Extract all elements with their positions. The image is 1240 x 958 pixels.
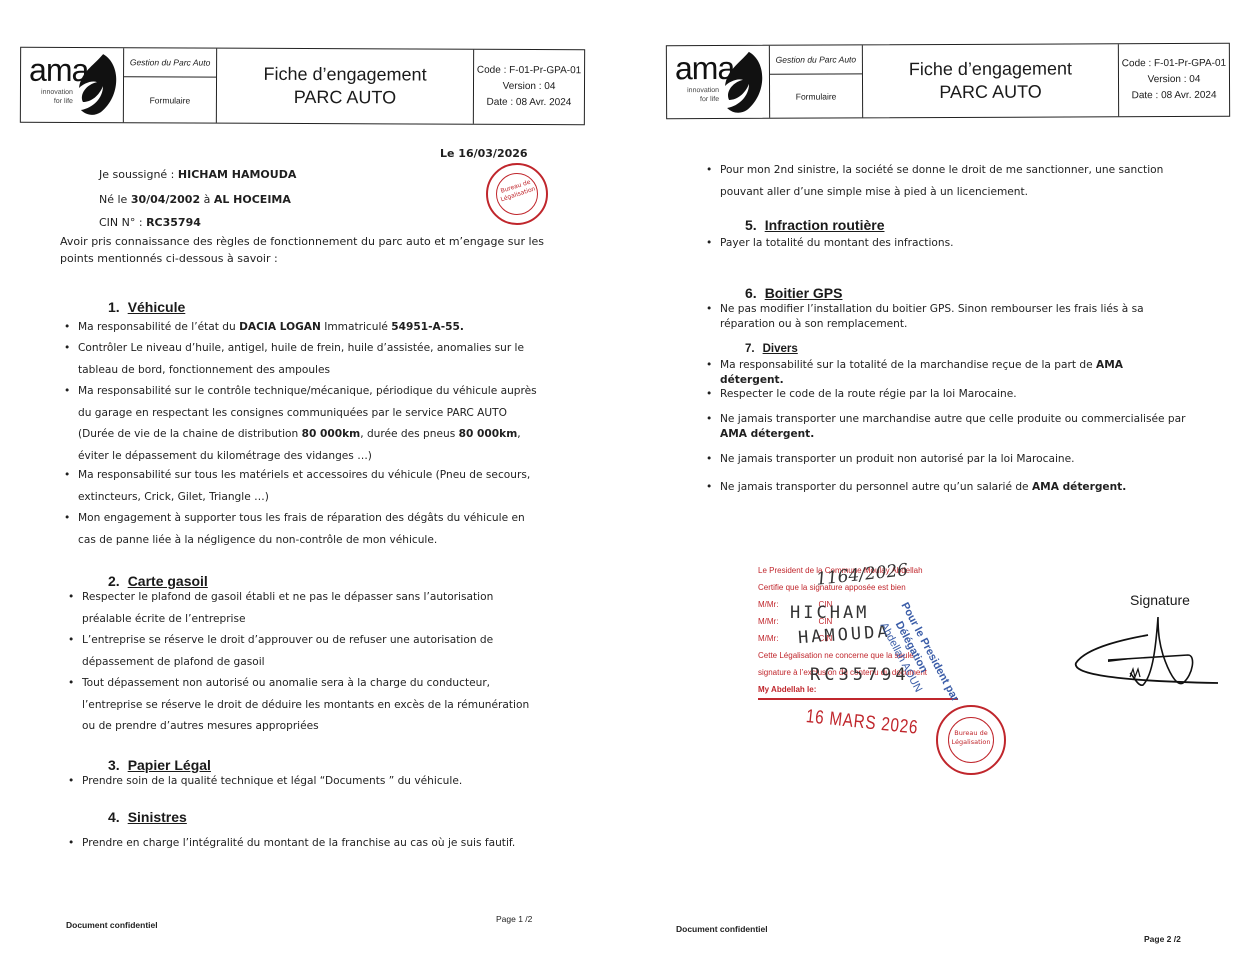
- list-item: •Respecter le plafond de gasoil établi e…: [82, 587, 544, 630]
- list-item: •Ne pas modifier l’installation du boiti…: [720, 302, 1190, 332]
- continued-item: •Pour mon 2nd sinistre, la société se do…: [720, 160, 1190, 203]
- list-item: •Ma responsabilité de l’état du DACIA LO…: [78, 317, 544, 339]
- logo: ama innovation for life: [21, 48, 124, 122]
- logo-tagline: innovation for life: [675, 86, 719, 104]
- section-heading: 4.Sinistres: [108, 809, 187, 825]
- list-item: •L’entreprise se réserve le droit d’appr…: [82, 630, 544, 673]
- list-item: •Ne jamais transporter un produit non au…: [720, 452, 1190, 467]
- document-code: Code : F-01-Pr-GPA-01: [1122, 56, 1226, 72]
- intro-paragraph: Avoir pris connaissance des règles de fo…: [60, 233, 548, 267]
- list-item: •Prendre en charge l’intégralité du mont…: [82, 833, 544, 855]
- list-item: •Prendre soin de la qualité technique et…: [82, 771, 544, 793]
- document-header: ama innovation for life Gestion du Parc …: [20, 47, 585, 125]
- list-item: •Ma responsabilité sur tous les matériel…: [78, 465, 544, 508]
- document-version: Version : 04: [503, 79, 556, 95]
- page-1: ama innovation for life Gestion du Parc …: [0, 0, 620, 958]
- form-type-label: Formulaire: [124, 77, 216, 122]
- list-item: •Mon engagement à supporter tous les fra…: [78, 508, 544, 551]
- section-heading: 7.Divers: [745, 343, 798, 355]
- cin-info: CIN N° : RC35794: [99, 212, 201, 233]
- signature-scribble: [1068, 615, 1228, 695]
- page-number: Page 1 /2: [496, 914, 532, 924]
- legalization-stamp: Bureau de Légalisation: [486, 163, 548, 225]
- handwritten-first-name: HICHAM: [790, 603, 869, 623]
- footer-confidential: Document confidentiel: [66, 920, 158, 930]
- section-heading: 5.Infraction routière: [745, 217, 884, 233]
- document-version: Version : 04: [1148, 72, 1201, 88]
- page-number: Page 2 /2: [1144, 934, 1181, 944]
- document-code-block: Code : F-01-Pr-GPA-01 Version : 04 Date …: [1119, 44, 1229, 116]
- list-item: •Ne jamais transporter une marchandise a…: [720, 412, 1190, 442]
- employee-name: HICHAM HAMOUDA: [178, 168, 296, 181]
- legalization-round-stamp: Bureau de Légalisation: [936, 705, 1006, 775]
- footer-confidential: Document confidentiel: [676, 924, 768, 934]
- list-item: •Ma responsabilité sur la totalité de la…: [720, 358, 1190, 388]
- leaf-icon: [719, 50, 767, 116]
- document-code-block: Code : F-01-Pr-GPA-01 Version : 04 Date …: [474, 50, 584, 124]
- list-item: •Respecter le code de la route régie par…: [720, 387, 1190, 402]
- signing-date: Le 16/03/2026: [440, 143, 528, 164]
- leaf-icon: [73, 52, 121, 118]
- list-item: •Contrôler Le niveau d’huile, antigel, h…: [78, 338, 544, 381]
- form-type-label: Formulaire: [770, 74, 862, 117]
- department-label: Gestion du Parc Auto: [124, 48, 216, 77]
- department-label: Gestion du Parc Auto: [770, 45, 862, 74]
- logo-tagline: innovation for life: [29, 88, 73, 106]
- document-title: Fiche d’engagement PARC AUTO: [217, 49, 474, 124]
- logo: ama innovation for life: [667, 46, 770, 118]
- document-code: Code : F-01-Pr-GPA-01: [477, 63, 581, 79]
- section-heading: 6.Boitier GPS: [745, 285, 842, 301]
- date-stamp: 16 MARS 2026: [805, 706, 919, 740]
- list-item: •Payer la totalité du montant des infrac…: [720, 233, 1190, 255]
- section-heading: 1.Véhicule: [108, 299, 185, 315]
- document-header: ama innovation for life Gestion du Parc …: [666, 43, 1230, 119]
- list-item: •Ma responsabilité sur le contrôle techn…: [78, 381, 544, 467]
- handwritten-cin: RC35794: [810, 665, 910, 685]
- list-item: •Ne jamais transporter du personnel autr…: [720, 480, 1190, 495]
- undersigned: Je soussigné : HICHAM HAMOUDA: [99, 164, 296, 185]
- signature-label: Signature: [1130, 592, 1190, 608]
- list-item: •Tout dépassement non autorisé ou anomal…: [82, 673, 544, 738]
- document-date: Date : 08 Avr. 2024: [1132, 88, 1217, 104]
- document-title: Fiche d’engagement PARC AUTO: [863, 44, 1119, 117]
- cin-number: RC35794: [146, 216, 201, 229]
- birth-info: Né le 30/04/2002 à AL HOCEIMA: [99, 189, 291, 210]
- document-date: Date : 08 Avr. 2024: [486, 95, 571, 111]
- page-2: ama innovation for life Gestion du Parc …: [620, 0, 1240, 958]
